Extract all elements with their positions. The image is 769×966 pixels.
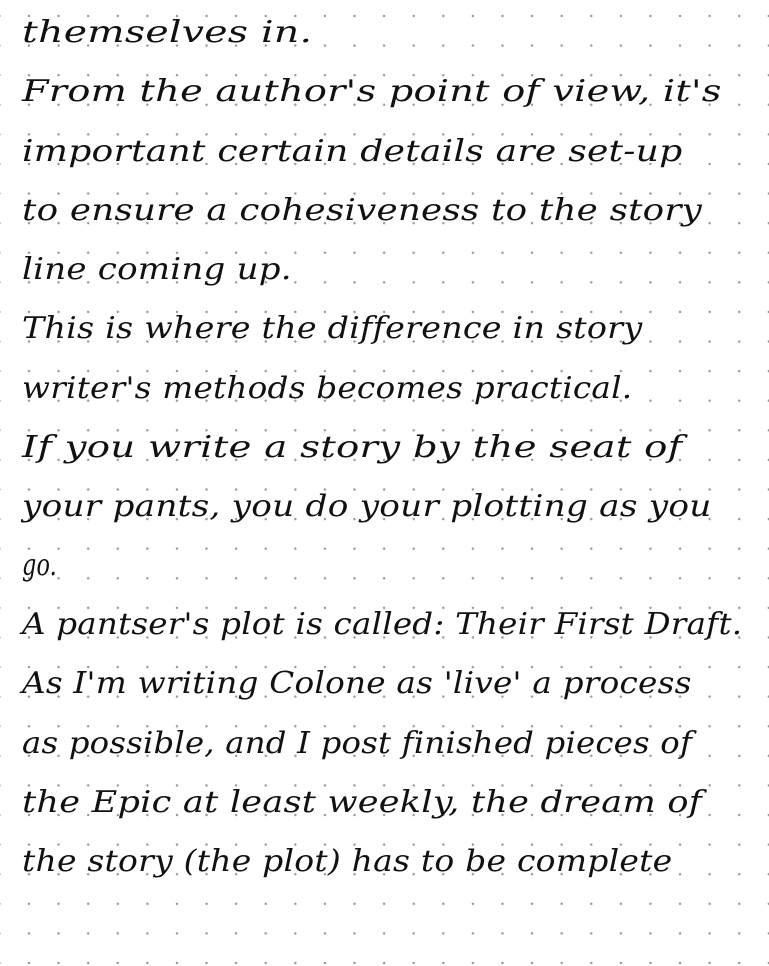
handwritten-line: the Epic at least weekly, the dream of	[22, 778, 702, 828]
handwritten-line: important certain details are set-up	[22, 127, 682, 177]
handwritten-line: to ensure a cohesiveness to the story	[22, 186, 702, 236]
handwritten-line: If you write a story by the seat of	[22, 423, 682, 473]
handwritten-line: as possible, and I post finished pieces …	[22, 719, 692, 769]
handwritten-line: line coming up.	[22, 245, 292, 295]
handwritten-line: your pants, you do your plotting as you	[22, 482, 712, 532]
handwritten-line: go.	[22, 541, 57, 591]
handwritten-line: themselves in.	[22, 8, 312, 58]
handwritten-line: A pantser's plot is called: Their First …	[22, 600, 742, 650]
handwritten-line: This is where the difference in story	[22, 304, 642, 354]
handwritten-line: the story (the plot) has to be complete	[22, 837, 672, 887]
handwritten-line: As I'm writing Colone as 'live' a proces…	[22, 659, 692, 709]
dot-grid-page: themselves in. From the author's point o…	[0, 0, 769, 966]
handwritten-line: writer's methods becomes practical.	[22, 364, 632, 414]
handwritten-line: From the author's point of view, it's	[22, 67, 722, 117]
